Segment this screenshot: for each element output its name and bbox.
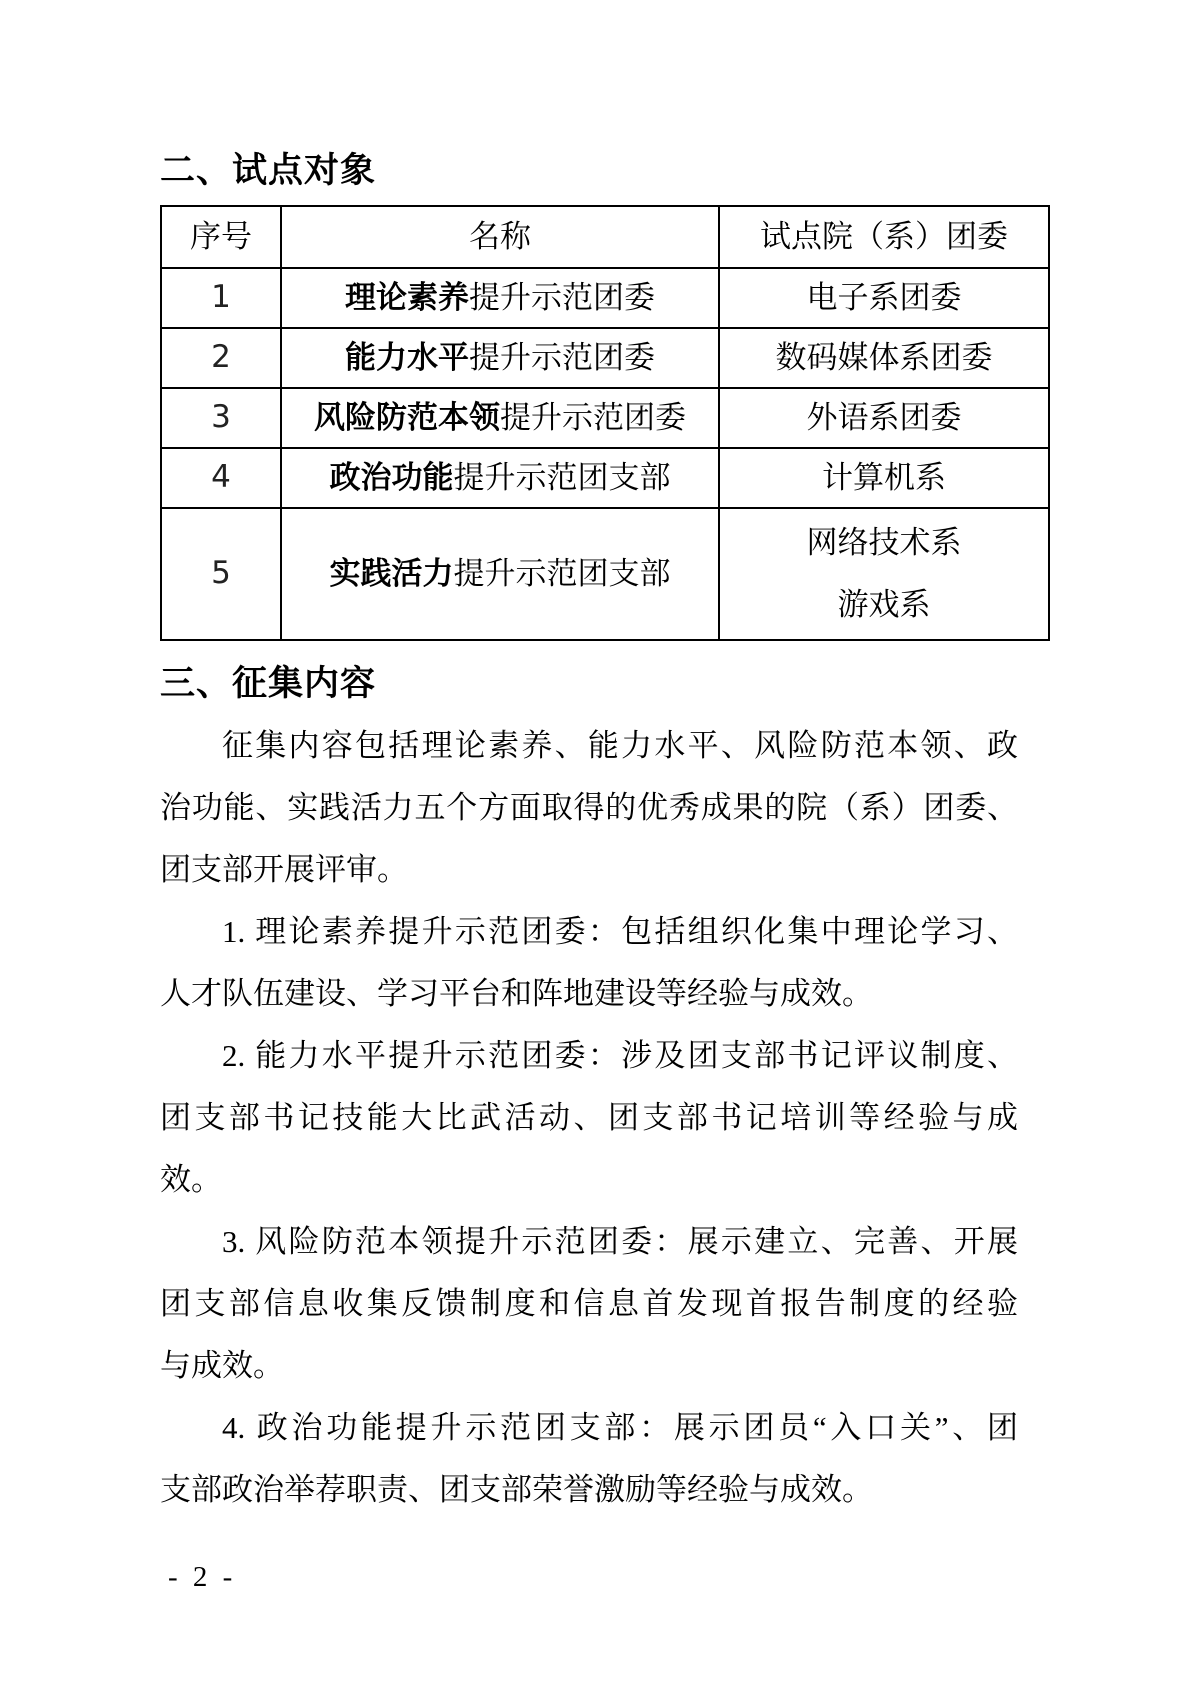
row-name: 政治功能提升示范团支部 xyxy=(281,448,719,508)
row-number: 1 xyxy=(161,268,281,328)
paragraph-line: 1. 理论素养提升示范团委：包括组织化集中理论学习、 xyxy=(160,901,1018,963)
committee-line-1: 网络技术系 xyxy=(724,512,1044,574)
body-text: 征集内容包括理论素养、能力水平、风险防范本领、政 治功能、实践活力五个方面取得的… xyxy=(160,715,1018,1521)
paragraph-line: 人才队伍建设、学习平台和阵地建设等经验与成效。 xyxy=(160,963,1018,1025)
row-number: 4 xyxy=(161,448,281,508)
row-number: 5 xyxy=(161,508,281,640)
row-committee: 网络技术系 游戏系 xyxy=(719,508,1049,640)
header-cell-committee: 试点院（系）团委 xyxy=(719,206,1049,268)
paragraph-line: 3. 风险防范本领提升示范团委：展示建立、完善、开展 xyxy=(160,1211,1018,1273)
table-header-row: 序号 名称 试点院（系）团委 xyxy=(161,206,1049,268)
table-row: 2 能力水平提升示范团委 数码媒体系团委 xyxy=(161,328,1049,388)
page-number: - 2 - xyxy=(168,1561,1018,1594)
paragraph-line: 团支部书记技能大比武活动、团支部书记培训等经验与成 xyxy=(160,1087,1018,1149)
header-cell-name: 名称 xyxy=(281,206,719,268)
row-number: 3 xyxy=(161,388,281,448)
row-number: 2 xyxy=(161,328,281,388)
page-content: 二、试点对象 序号 名称 试点院（系）团委 1 理论素养提升示范团委 电子系团委… xyxy=(160,150,1018,1594)
row-name: 理论素养提升示范团委 xyxy=(281,268,719,328)
section-3-heading: 三、征集内容 xyxy=(160,663,1018,705)
paragraph-line: 支部政治举荐职责、团支部荣誉激励等经验与成效。 xyxy=(160,1459,1018,1521)
row-committee: 数码媒体系团委 xyxy=(719,328,1049,388)
name-rest-part: 提升示范团委 xyxy=(469,340,655,375)
name-bold-part: 风险防范本领 xyxy=(314,400,500,435)
row-committee: 计算机系 xyxy=(719,448,1049,508)
paragraph-line: 与成效。 xyxy=(160,1335,1018,1397)
paragraph-line: 2. 能力水平提升示范团委：涉及团支部书记评议制度、 xyxy=(160,1025,1018,1087)
paragraph-line: 效。 xyxy=(160,1149,1018,1211)
table-row: 1 理论素养提升示范团委 电子系团委 xyxy=(161,268,1049,328)
name-rest-part: 提升示范团委 xyxy=(500,400,686,435)
table-row: 3 风险防范本领提升示范团委 外语系团委 xyxy=(161,388,1049,448)
row-committee: 外语系团委 xyxy=(719,388,1049,448)
name-bold-part: 能力水平 xyxy=(345,340,469,375)
name-bold-part: 实践活力 xyxy=(330,556,454,591)
name-rest-part: 提升示范团支部 xyxy=(454,460,671,495)
paragraph-line: 团支部信息收集反馈制度和信息首发现首报告制度的经验 xyxy=(160,1273,1018,1335)
paragraph-line: 团支部开展评审。 xyxy=(160,839,1018,901)
paragraph-line: 治功能、实践活力五个方面取得的优秀成果的院（系）团委、 xyxy=(160,777,1018,839)
paragraph-line: 4. 政治功能提升示范团支部：展示团员“入口关”、团 xyxy=(160,1397,1018,1459)
table-row: 4 政治功能提升示范团支部 计算机系 xyxy=(161,448,1049,508)
name-bold-part: 理论素养 xyxy=(345,280,469,315)
committee-line-2: 游戏系 xyxy=(724,574,1044,636)
pilot-objects-table: 序号 名称 试点院（系）团委 1 理论素养提升示范团委 电子系团委 2 能力水平… xyxy=(160,205,1050,641)
row-name: 能力水平提升示范团委 xyxy=(281,328,719,388)
paragraph-line: 征集内容包括理论素养、能力水平、风险防范本领、政 xyxy=(160,715,1018,777)
header-cell-number: 序号 xyxy=(161,206,281,268)
section-2-heading: 二、试点对象 xyxy=(160,150,1018,192)
document-page: 二、试点对象 序号 名称 试点院（系）团委 1 理论素养提升示范团委 电子系团委… xyxy=(0,0,1191,1684)
name-rest-part: 提升示范团支部 xyxy=(454,556,671,591)
name-bold-part: 政治功能 xyxy=(330,460,454,495)
row-name: 实践活力提升示范团支部 xyxy=(281,508,719,640)
row-name: 风险防范本领提升示范团委 xyxy=(281,388,719,448)
name-rest-part: 提升示范团委 xyxy=(469,280,655,315)
table-row: 5 实践活力提升示范团支部 网络技术系 游戏系 xyxy=(161,508,1049,640)
row-committee: 电子系团委 xyxy=(719,268,1049,328)
